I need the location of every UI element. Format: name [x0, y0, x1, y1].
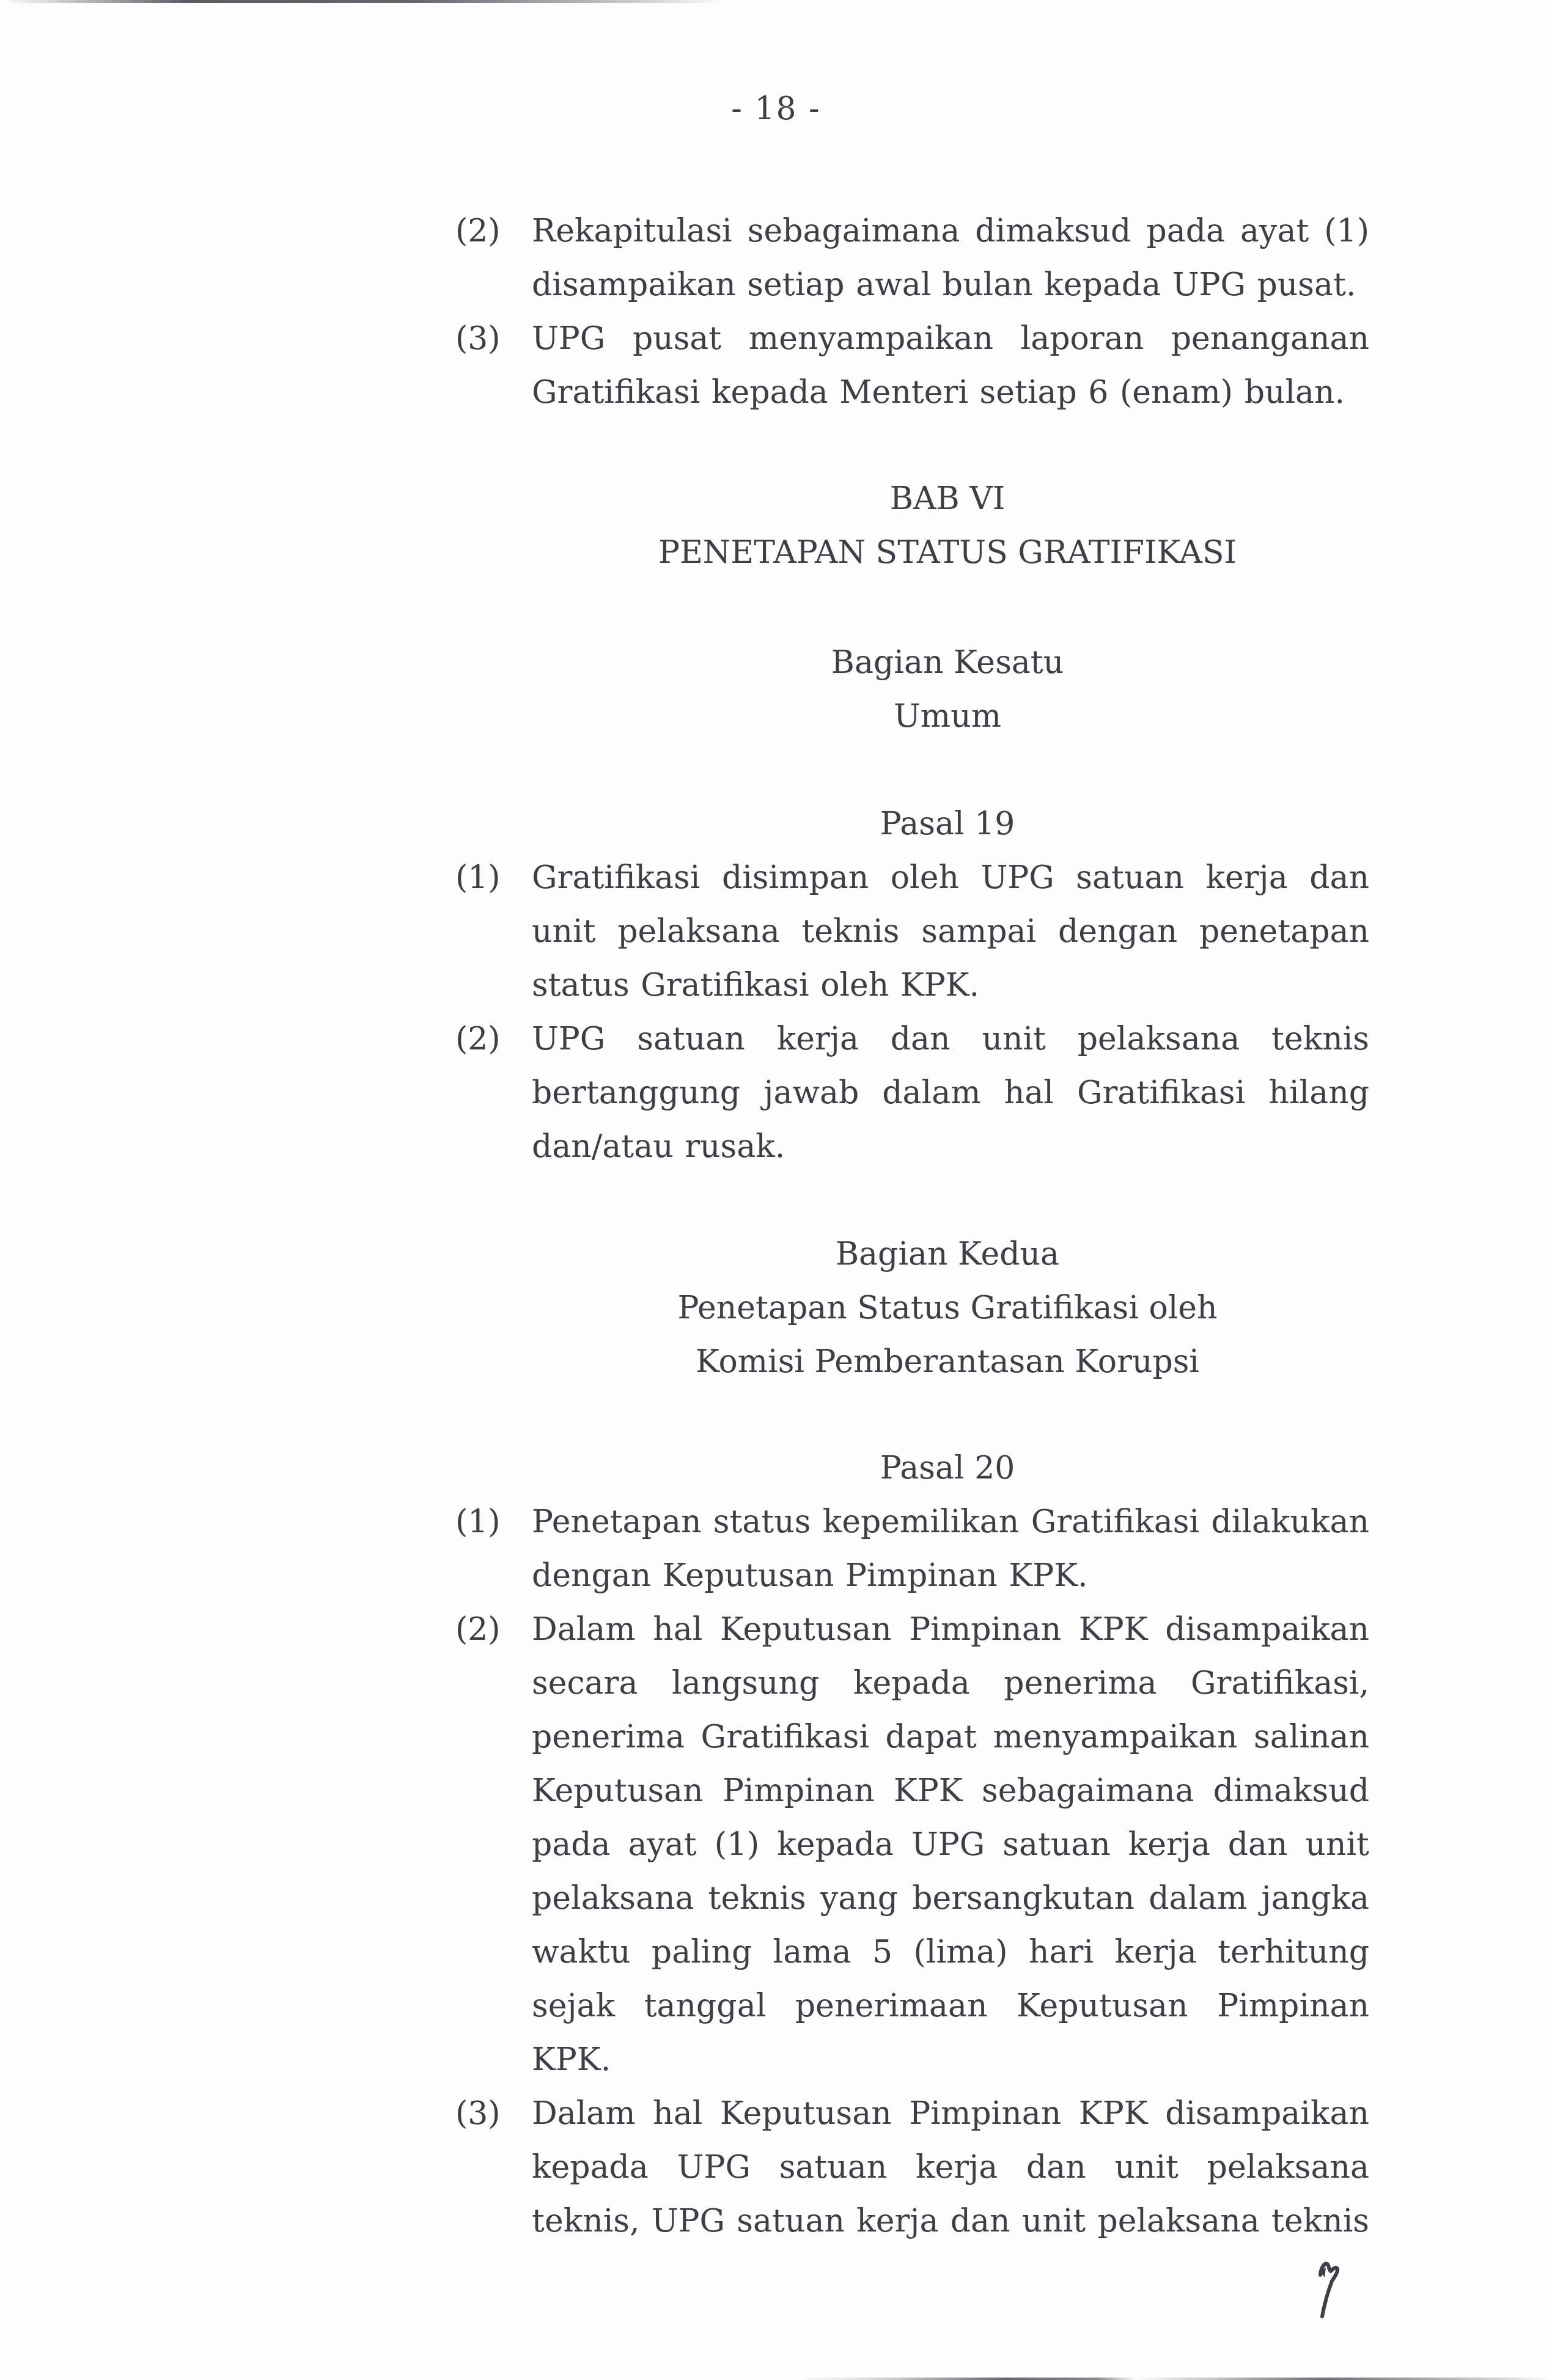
- item-text: Penetapan status kepemilikan Gratifikasi…: [532, 1495, 1369, 1603]
- part-title: Bagian Kesatu: [526, 636, 1369, 689]
- chapter-subtitle: PENETAPAN STATUS GRATIFIKASI: [526, 526, 1369, 579]
- item-text: Dalam hal Keputusan Pimpinan KPK disampa…: [532, 1603, 1369, 2087]
- article-heading-20: Pasal 20: [526, 1441, 1369, 1495]
- list-item: (1) Penetapan status kepemilikan Gratifi…: [455, 1495, 1369, 1603]
- item-text: Gratifikasi disimpan oleh UPG satuan ker…: [532, 851, 1369, 1012]
- item-number: (2): [455, 1603, 501, 1656]
- list-item: (2) UPG satuan kerja dan unit pelaksana …: [455, 1012, 1369, 1173]
- list-item: (3) Dalam hal Keputusan Pimpinan KPK dis…: [455, 2087, 1369, 2248]
- scan-edge-bottom: [795, 2378, 1552, 2380]
- part-title: Bagian Kedua: [526, 1227, 1369, 1281]
- part-heading-kesatu: Bagian Kesatu Umum: [526, 636, 1369, 743]
- part-subtitle-line2: Komisi Pemberantasan Korupsi: [526, 1335, 1369, 1389]
- article-19-items: (1) Gratifikasi disimpan oleh UPG satuan…: [455, 851, 1369, 1173]
- continued-items: (2) Rekapitulasi sebagaimana dimaksud pa…: [455, 204, 1369, 419]
- item-text: Rekapitulasi sebagaimana dimaksud pada a…: [532, 204, 1369, 312]
- chapter-title: BAB VI: [526, 472, 1369, 526]
- list-item: (2) Dalam hal Keputusan Pimpinan KPK dis…: [455, 1603, 1369, 2087]
- item-number: (1): [455, 1495, 501, 1549]
- list-item: (1) Gratifikasi disimpan oleh UPG satuan…: [455, 851, 1369, 1012]
- scan-edge-top: [0, 0, 1039, 3]
- part-subtitle: Umum: [526, 689, 1369, 743]
- article-heading-19: Pasal 19: [526, 797, 1369, 851]
- item-number: (2): [455, 1012, 501, 1066]
- item-number: (1): [455, 851, 501, 905]
- list-item: (2) Rekapitulasi sebagaimana dimaksud pa…: [455, 204, 1369, 312]
- item-number: (3): [455, 312, 501, 365]
- part-subtitle-line1: Penetapan Status Gratifikasi oleh: [526, 1281, 1369, 1335]
- article-20-items: (1) Penetapan status kepemilikan Gratifi…: [455, 1495, 1369, 2248]
- page-number: - 18 -: [0, 90, 1552, 127]
- item-text: UPG pusat menyampaikan laporan penangana…: [532, 312, 1369, 419]
- part-heading-kedua: Bagian Kedua Penetapan Status Gratifikas…: [526, 1227, 1369, 1389]
- item-number: (2): [455, 204, 501, 258]
- chapter-heading: BAB VI PENETAPAN STATUS GRATIFIKASI: [526, 472, 1369, 579]
- list-item: (3) UPG pusat menyampaikan laporan penan…: [455, 312, 1369, 419]
- item-text: UPG satuan kerja dan unit pelaksana tekn…: [532, 1012, 1369, 1173]
- handwritten-initial-icon: [1317, 2261, 1348, 2323]
- item-text: Dalam hal Keputusan Pimpinan KPK disampa…: [532, 2087, 1369, 2248]
- item-number: (3): [455, 2087, 501, 2140]
